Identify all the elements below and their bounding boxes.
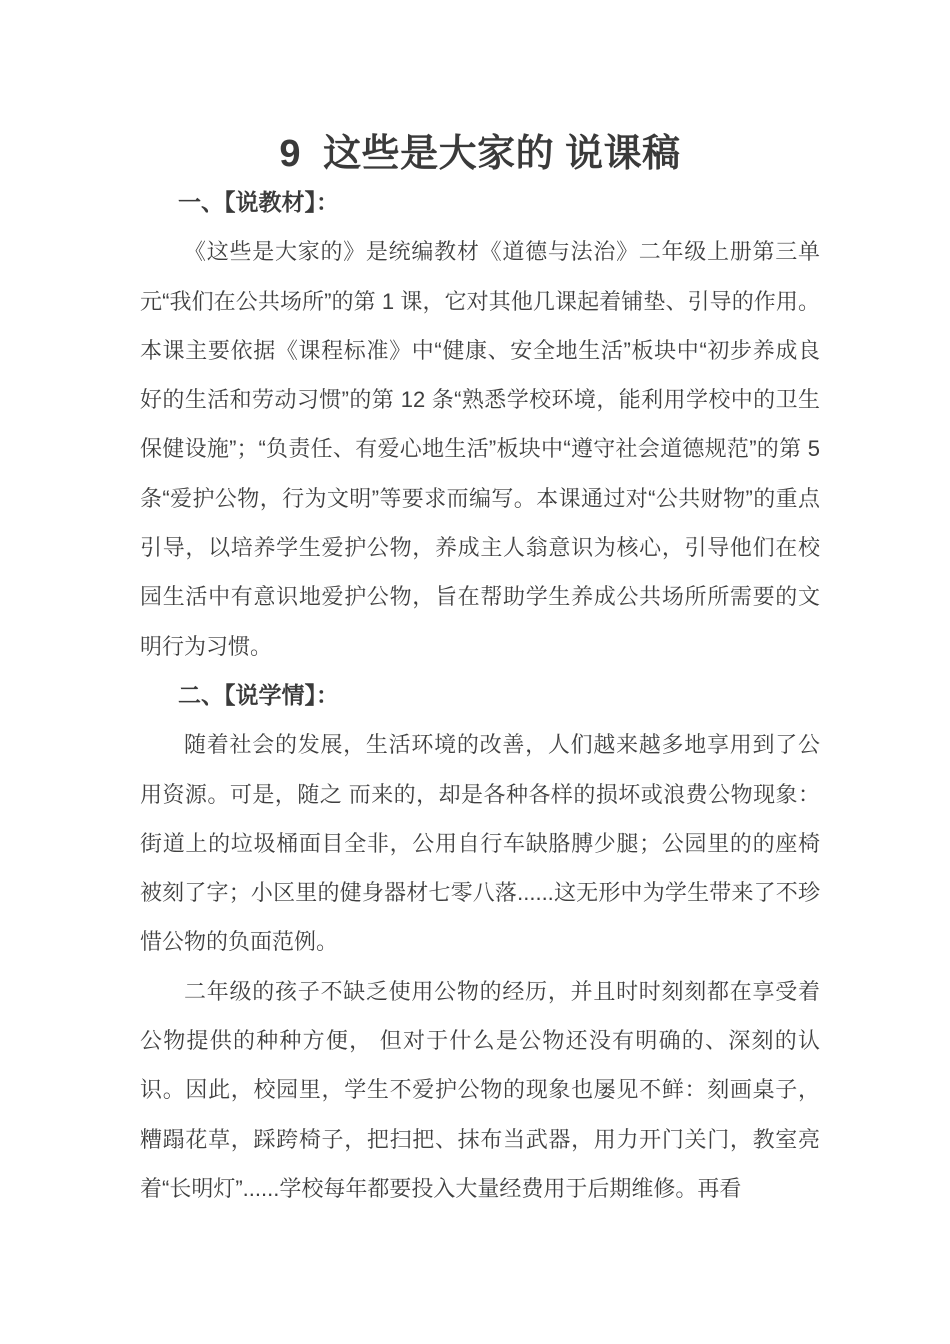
document-page: 9 这些是大家的 说课稿 一、【说教材】： 《这些是大家的》是统编教材《道德与法… [0,0,950,1344]
section-shuo-xueqing: 二、【说学情】： 随着社会的发展，生活环境的改善，人们越来越多地享用到了公用资源… [140,671,820,1213]
section-2-heading: 二、【说学情】： [140,671,820,720]
section-2-paragraph-1: 随着社会的发展，生活环境的改善，人们越来越多地享用到了公用资源。可是，随之 而来… [140,720,820,966]
section-2-paragraph-2: 二年级的孩子不缺乏使用公物的经历，并且时时刻刻都在享受着公物提供的种种方便， 但… [140,967,820,1213]
section-1-heading: 一、【说教材】： [140,178,820,227]
document-title: 9 这些是大家的 说课稿 [140,130,820,178]
section-shuo-jiaocai: 一、【说教材】： 《这些是大家的》是统编教材《道德与法治》二年级上册第三单元“我… [140,178,820,671]
section-1-paragraph-1: 《这些是大家的》是统编教材《道德与法治》二年级上册第三单元“我们在公共场所”的第… [140,227,820,671]
